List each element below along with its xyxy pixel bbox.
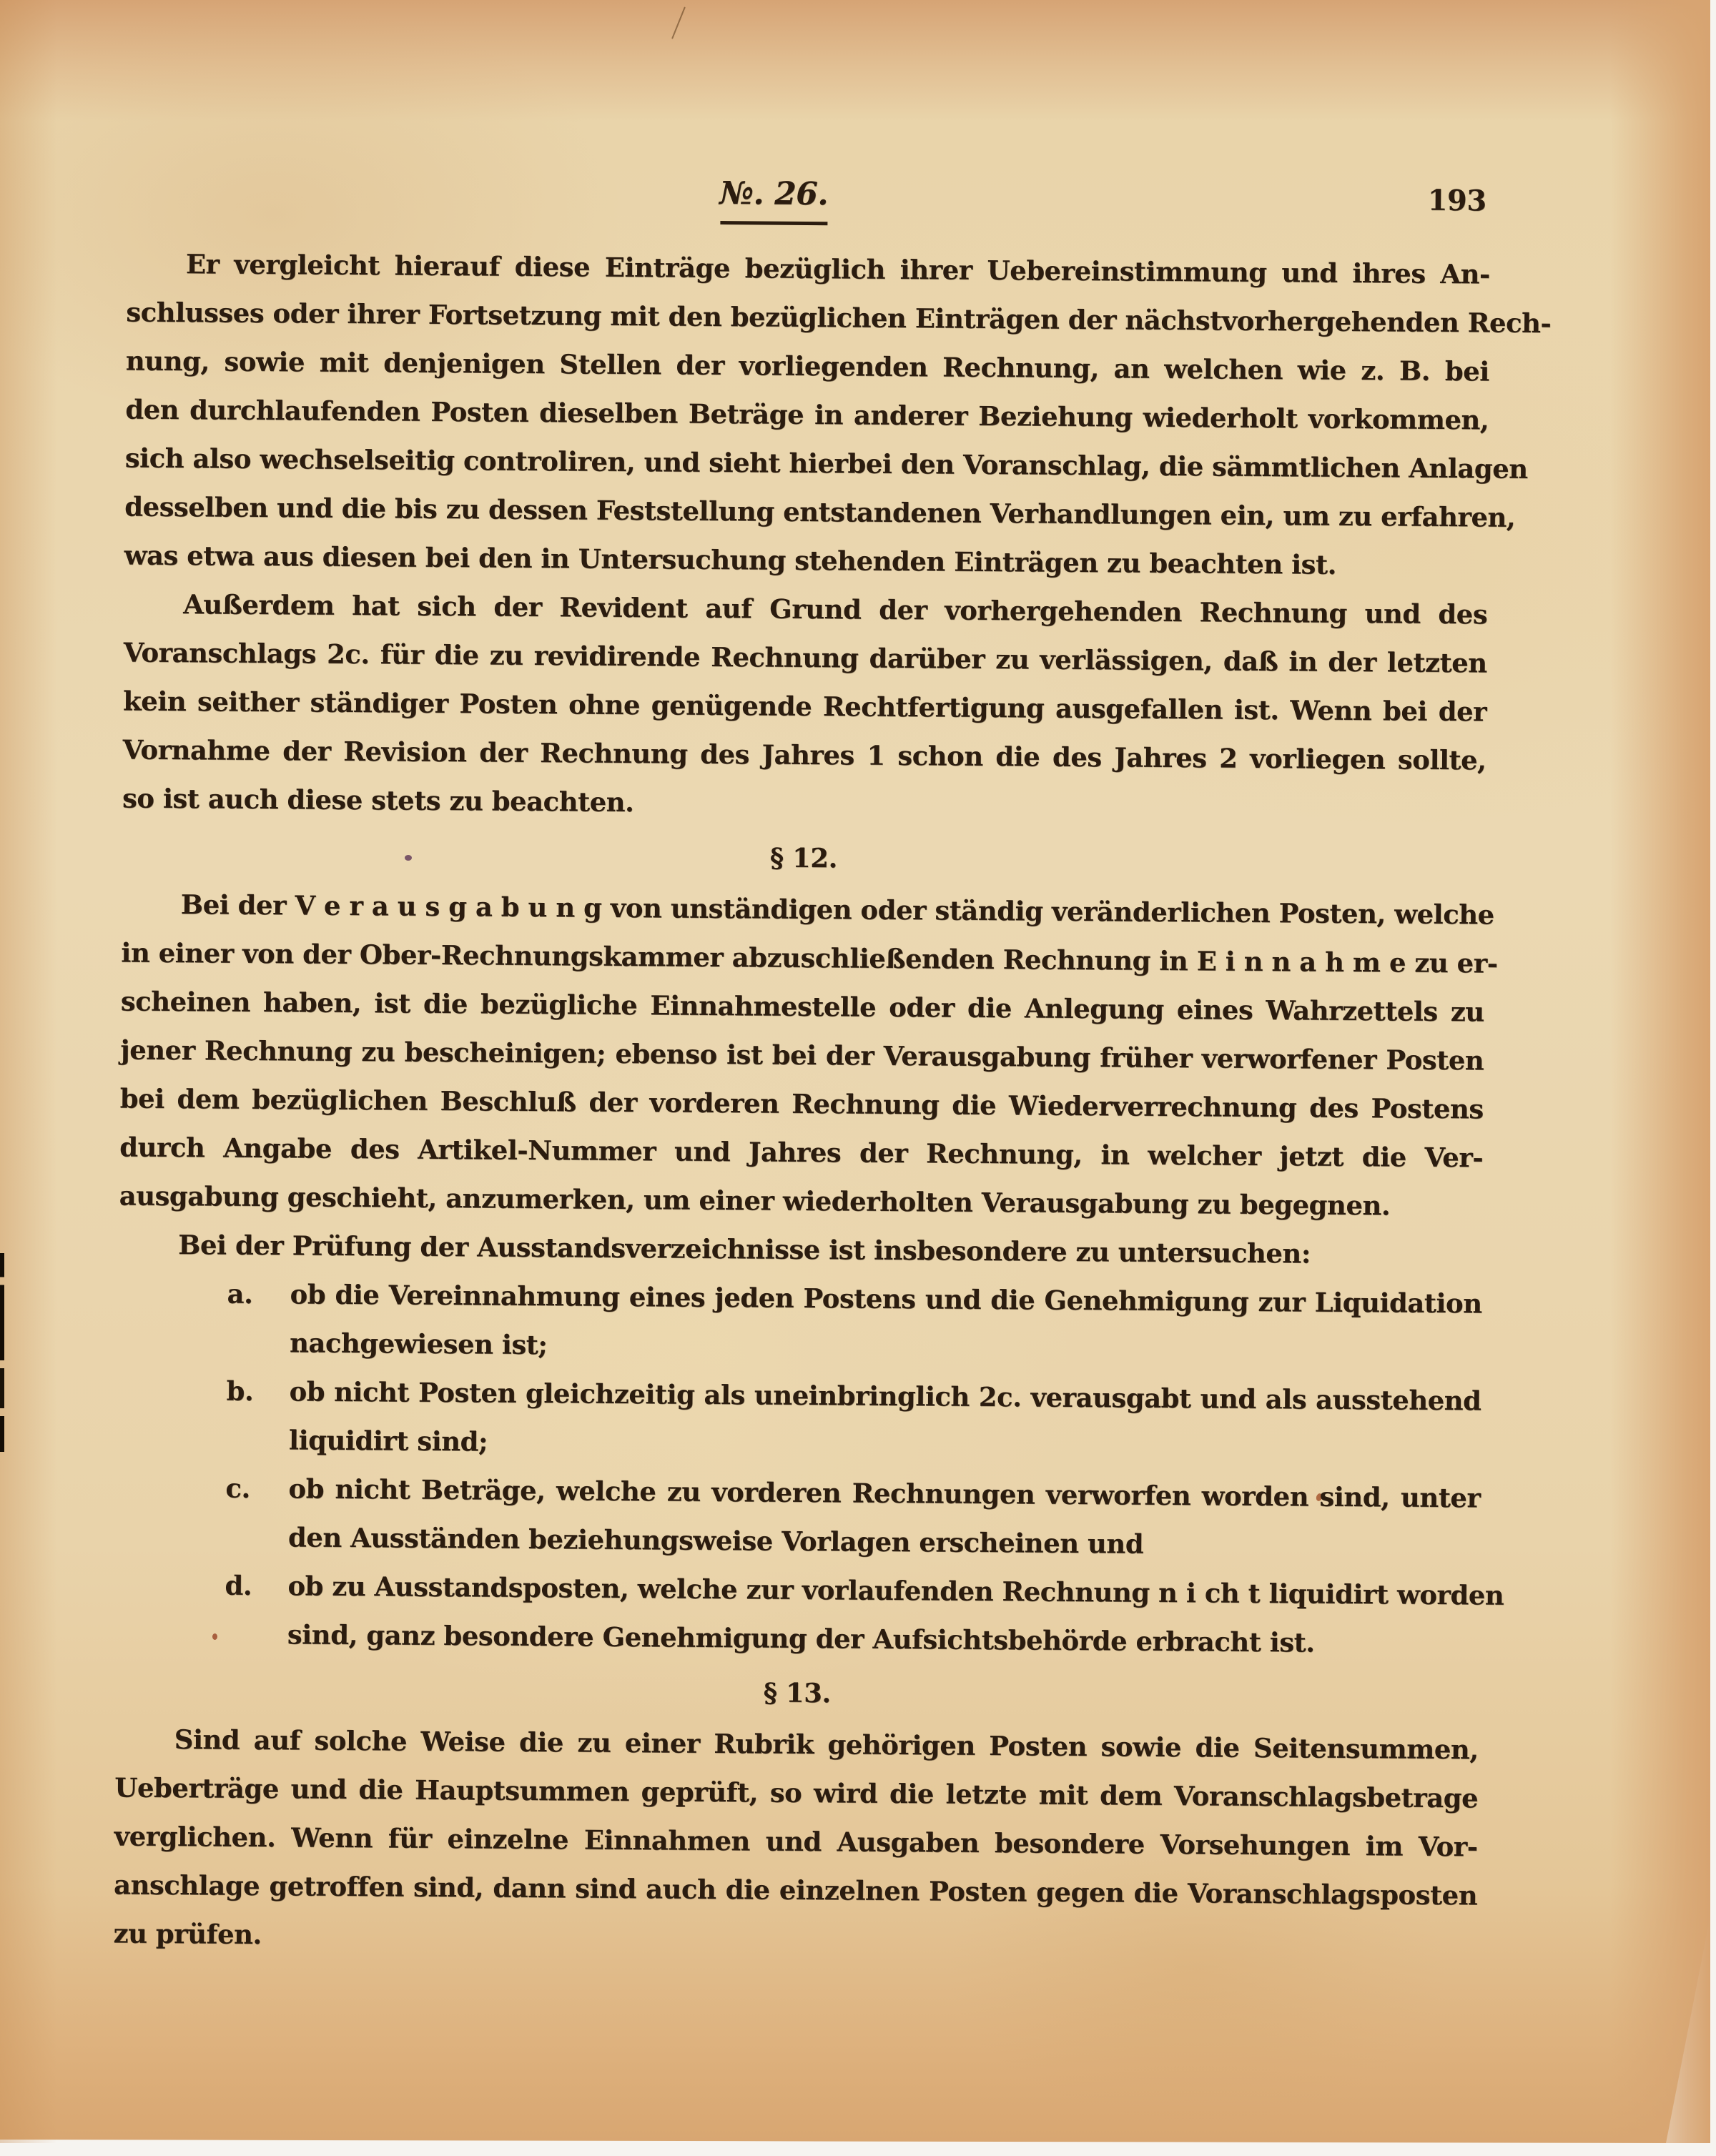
list-item-c: c. ob nicht Beträge, welche zu vorderen … <box>117 1463 1481 1571</box>
page-content: №. 26. 193 Er vergleicht hierauf diese E… <box>113 165 1491 1969</box>
list-item-text: ob zu Ausstandsposten, welche zur vorlau… <box>287 1561 1480 1668</box>
list-item-text: ob nicht Beträge, welche zu vorderen Rec… <box>288 1464 1481 1571</box>
list-item-label: b. <box>226 1367 253 1415</box>
list-item-label: a. <box>227 1270 252 1318</box>
issue-number: №. 26. <box>92 164 1455 224</box>
list-item-a: a. ob die Vereinnahmung eines jeden Post… <box>118 1268 1482 1376</box>
list-item-text: ob die Vereinnahmung eines jeden Postens… <box>290 1270 1482 1376</box>
scan-edge-mark <box>0 1253 4 1452</box>
page-header: №. 26. 193 <box>127 165 1491 250</box>
paragraph-3: Bei der V e r a u s g a b u n g von unst… <box>119 879 1485 1230</box>
list-item-d: d. ob zu Ausstandsposten, welche zur vor… <box>116 1560 1480 1668</box>
paragraph-1: Er vergleicht hierauf diese Einträge bez… <box>124 239 1490 590</box>
paper-edge-left <box>0 0 57 2143</box>
section-heading-12: § 12. <box>122 828 1485 887</box>
header-rule <box>720 221 827 225</box>
page-number: 193 <box>1427 177 1486 226</box>
paragraph-4: Sind auf solche Weise die zu einer Rubri… <box>113 1714 1479 1968</box>
list-item-b: b. ob nicht Posten gleichzeitig als unei… <box>117 1365 1481 1473</box>
list-item-label: d. <box>225 1561 252 1610</box>
paper-edge-right <box>1610 0 1710 2143</box>
section-heading-13: § 13. <box>115 1663 1479 1722</box>
list-item-label: c. <box>225 1464 250 1513</box>
list-item-text: ob nicht Posten gleichzeitig als uneinbr… <box>289 1367 1481 1473</box>
paragraph-2: Außerdem hat sich der Revident auf Grund… <box>122 579 1488 833</box>
